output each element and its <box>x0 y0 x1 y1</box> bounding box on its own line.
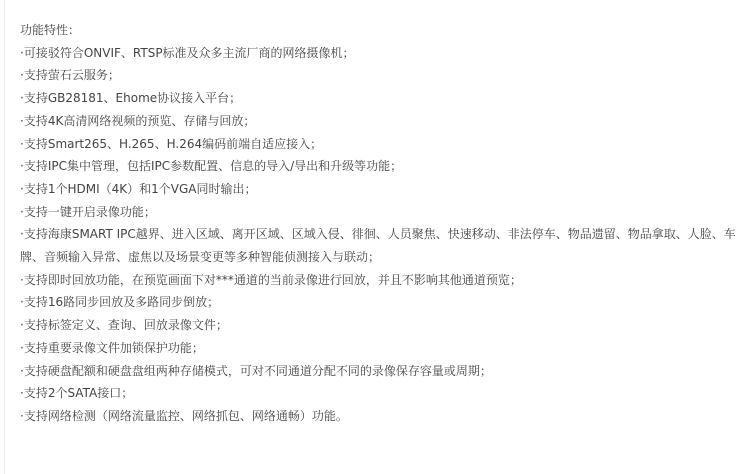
feature-text: 支持IPC集中管理，包括IPC参数配置、信息的导入/导出和升级等功能； <box>24 159 402 173</box>
feature-item: ·支持16路同步回放及多路同步倒放； <box>20 291 742 314</box>
feature-item: ·支持标签定义、查询、回放录像文件； <box>20 314 742 337</box>
feature-text: 支持重要录像文件加锁保护功能； <box>24 341 204 355</box>
feature-item: ·可接驳符合ONVIF、RTSP标准及众多主流厂商的网络摄像机； <box>20 42 742 65</box>
feature-item: ·支持4K高清网络视频的预览、存储与回放； <box>20 110 742 133</box>
feature-text: 支持即时回放功能，在预览画面下对***通道的当前录像进行回放，并且不影响其他通道… <box>24 273 522 287</box>
feature-item: ·支持Smart265、H.265、H.264编码前端自适应接入； <box>20 133 742 156</box>
feature-document: 功能特性： ·可接驳符合ONVIF、RTSP标准及众多主流厂商的网络摄像机； ·… <box>20 19 742 428</box>
feature-item: ·支持2个SATA接口； <box>20 382 742 405</box>
feature-item: ·支持重要录像文件加锁保护功能； <box>20 337 742 360</box>
feature-text: 支持标签定义、查询、回放录像文件； <box>24 318 228 332</box>
feature-item: ·支持即时回放功能，在预览画面下对***通道的当前录像进行回放，并且不影响其他通… <box>20 269 742 292</box>
feature-item: ·支持硬盘配额和硬盘盘组两种存储模式，可对不同通道分配不同的录像保存容量或周期； <box>20 360 742 383</box>
feature-text: 可接驳符合ONVIF、RTSP标准及众多主流厂商的网络摄像机； <box>24 46 355 60</box>
feature-item: ·支持IPC集中管理，包括IPC参数配置、信息的导入/导出和升级等功能； <box>20 155 742 178</box>
feature-text: 支持16路同步回放及多路同步倒放； <box>24 295 219 309</box>
feature-text: 支持萤石云服务； <box>24 68 120 82</box>
feature-list: ·可接驳符合ONVIF、RTSP标准及众多主流厂商的网络摄像机； ·支持萤石云服… <box>20 42 742 428</box>
feature-item: ·支持海康SMART IPC越界、进入区域、离开区域、区域入侵、徘徊、人员聚焦、… <box>20 223 742 268</box>
feature-text: 支持GB28181、Ehome协议接入平台； <box>24 91 241 105</box>
feature-text: 支持海康SMART IPC越界、进入区域、离开区域、区域入侵、徘徊、人员聚焦、快… <box>20 227 736 264</box>
left-border <box>4 0 5 474</box>
features-heading: 功能特性： <box>20 19 742 42</box>
feature-item: ·支持GB28181、Ehome协议接入平台； <box>20 87 742 110</box>
feature-text: 支持一键开启录像功能； <box>24 205 156 219</box>
feature-item: ·支持1个HDMI（4K）和1个VGA同时输出； <box>20 178 742 201</box>
feature-text: 支持4K高清网络视频的预览、存储与回放； <box>24 114 256 128</box>
feature-text: 支持硬盘配额和硬盘盘组两种存储模式，可对不同通道分配不同的录像保存容量或周期； <box>24 364 492 378</box>
feature-item: ·支持萤石云服务； <box>20 64 742 87</box>
feature-item: ·支持网络检测（网络流量监控、网络抓包、网络通畅）功能。 <box>20 405 742 428</box>
feature-text: 支持2个SATA接口； <box>24 386 133 400</box>
feature-item: ·支持一键开启录像功能； <box>20 201 742 224</box>
feature-text: 支持Smart265、H.265、H.264编码前端自适应接入； <box>24 137 322 151</box>
feature-text: 支持1个HDMI（4K）和1个VGA同时输出； <box>24 182 257 196</box>
feature-text: 支持网络检测（网络流量监控、网络抓包、网络通畅）功能。 <box>24 409 348 423</box>
